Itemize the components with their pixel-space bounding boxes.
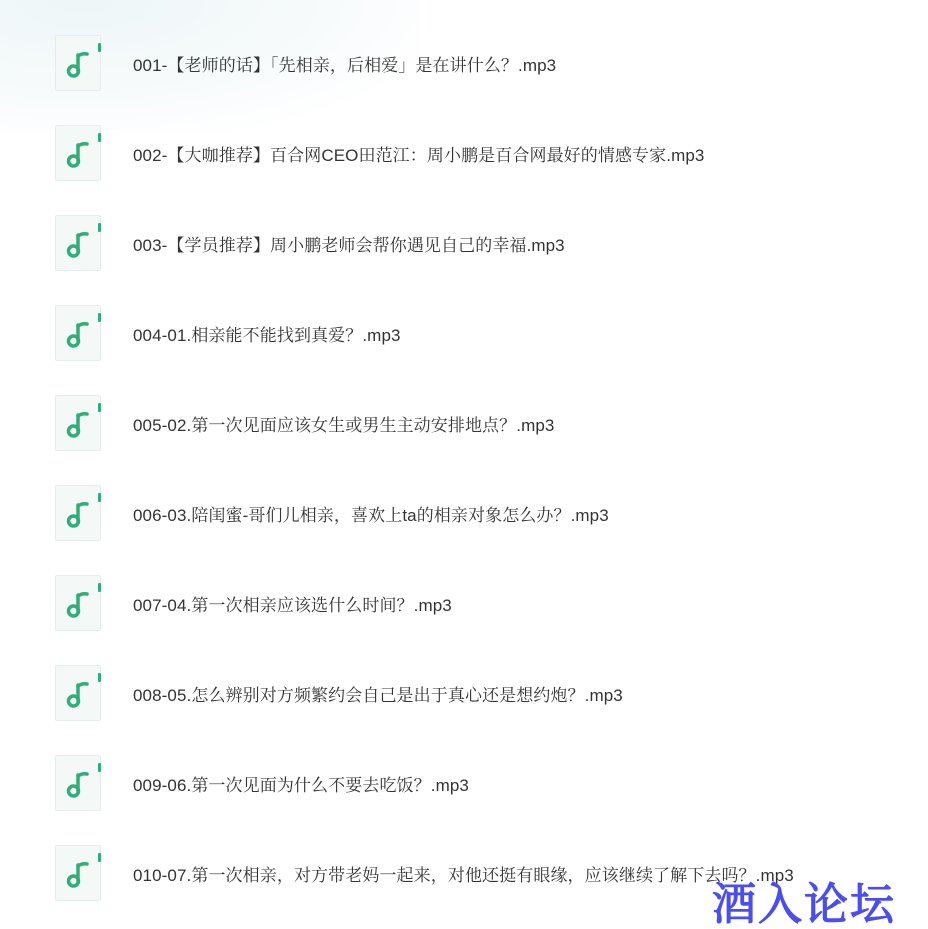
watermark-logo: 酒入论坛 (712, 868, 896, 929)
file-row[interactable]: 001-【老师的话】「先相亲，后相爱」是在讲什么？.mp3 (0, 18, 928, 108)
file-name: 001-【老师的话】「先相亲，后相爱」是在讲什么？.mp3 (133, 51, 556, 76)
file-name: 007-04.第一次相亲应该选什么时间？.mp3 (133, 591, 452, 616)
file-row[interactable]: 008-05.怎么辨别对方频繁约会自己是出于真心还是想约炮？.mp3 (0, 648, 928, 738)
music-file-icon (55, 125, 101, 181)
file-row[interactable]: 007-04.第一次相亲应该选什么时间？.mp3 (0, 558, 928, 648)
file-name: 004-01.相亲能不能找到真爱？.mp3 (133, 321, 401, 346)
file-row[interactable]: 009-06.第一次见面为什么不要去吃饭？.mp3 (0, 738, 928, 828)
file-name: 005-02.第一次见面应该女生或男生主动安排地点？.mp3 (133, 411, 554, 436)
file-name: 008-05.怎么辨别对方频繁约会自己是出于真心还是想约炮？.mp3 (133, 681, 623, 706)
file-row[interactable]: 003-【学员推荐】周小鹏老师会帮你遇见自己的幸福.mp3 (0, 198, 928, 288)
music-file-icon (55, 215, 101, 271)
music-file-icon (55, 575, 101, 631)
music-file-icon (55, 305, 101, 361)
music-file-icon (55, 485, 101, 541)
file-row[interactable]: 005-02.第一次见面应该女生或男生主动安排地点？.mp3 (0, 378, 928, 468)
file-name: 006-03.陪闺蜜-哥们儿相亲，喜欢上ta的相亲对象怎么办？.mp3 (133, 501, 609, 526)
file-row[interactable]: 004-01.相亲能不能找到真爱？.mp3 (0, 288, 928, 378)
file-name: 009-06.第一次见面为什么不要去吃饭？.mp3 (133, 771, 469, 796)
file-row[interactable]: 002-【大咖推荐】百合网CEO田范江：周小鹏是百合网最好的情感专家.mp3 (0, 108, 928, 198)
file-name: 002-【大咖推荐】百合网CEO田范江：周小鹏是百合网最好的情感专家.mp3 (133, 141, 704, 166)
file-row[interactable]: 006-03.陪闺蜜-哥们儿相亲，喜欢上ta的相亲对象怎么办？.mp3 (0, 468, 928, 558)
music-file-icon (55, 845, 101, 901)
file-name: 003-【学员推荐】周小鹏老师会帮你遇见自己的幸福.mp3 (133, 231, 565, 256)
music-file-icon (55, 755, 101, 811)
file-name: 010-07.第一次相亲，对方带老妈一起来，对他还挺有眼缘，应该继续了解下去吗？… (133, 861, 794, 886)
music-file-icon (55, 665, 101, 721)
music-file-icon (55, 395, 101, 451)
music-file-icon (55, 35, 101, 91)
